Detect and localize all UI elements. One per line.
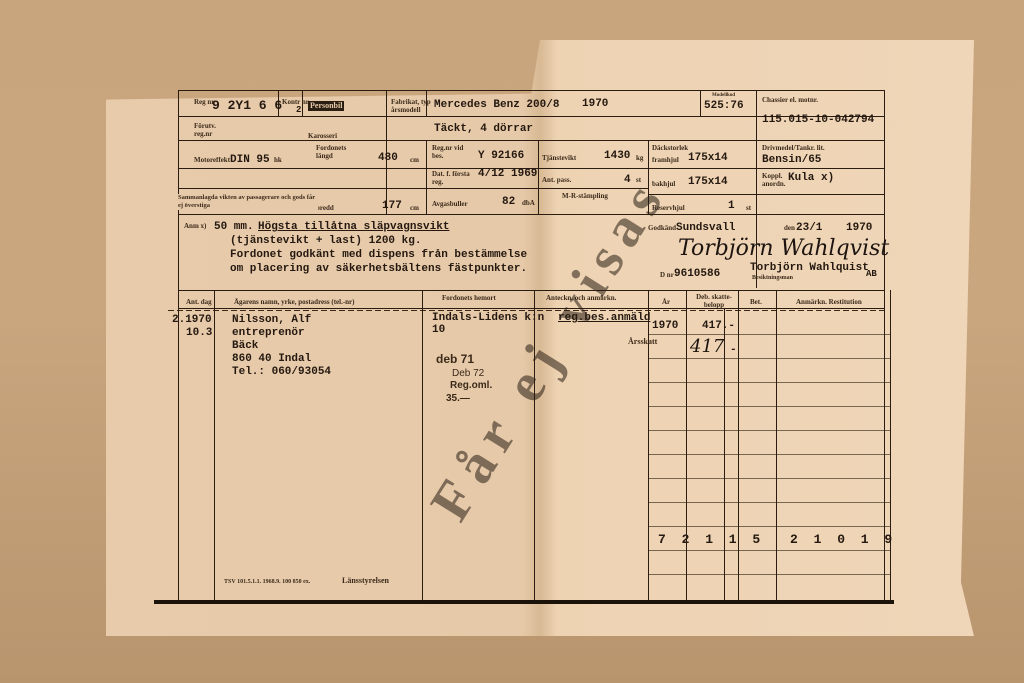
vehicle-type-badge: Personbil — [308, 101, 344, 111]
make: Mercedes Benz 200/8 — [434, 99, 559, 111]
remarks-line2: (tjänstevikt + last) 1200 kg. — [230, 235, 421, 247]
length: 480 — [378, 152, 398, 164]
bottom-code-right: 2 1 0 1 9 — [790, 534, 896, 546]
print-code: TSV 101.5.1.1. 1968.9. 100 850 ex. — [224, 578, 310, 586]
frame-bottom — [154, 600, 894, 604]
coupling: Kula x) — [788, 172, 834, 184]
approval-place: Sundsvall — [676, 222, 735, 234]
col-header-paid: Bet. — [750, 298, 762, 306]
service-weight-label: Tjänstevikt — [542, 154, 576, 162]
spare-count: 1 — [728, 200, 735, 212]
annual-tax-handwritten: 417 — [690, 336, 724, 357]
combined-weight-label: Sammanlagda vikten av passagerare och go… — [178, 194, 318, 210]
length-label: Fordonets längd — [316, 144, 356, 160]
fuel-label: Drivmedel/Tankr. lit. — [762, 144, 825, 152]
reg-oml-amount: 35.— — [446, 393, 470, 405]
tax-year: 1970 — [652, 320, 678, 332]
approval-date: 23/1 — [796, 222, 822, 234]
deb-71: deb 71 — [436, 352, 474, 366]
remarks-line4: om placering av säkerhetsbältens fästpun… — [230, 263, 527, 275]
rear-tyre: 175x14 — [688, 176, 728, 188]
first-reg-label: Dat. f. första reg. — [432, 170, 476, 186]
ownership-date: 2.1970 — [172, 314, 212, 326]
col-header-home: Fordonets hemort — [442, 294, 496, 302]
remarks-label: Anm x) — [184, 222, 206, 230]
mr-stamp-label: M-R-stämpling — [562, 192, 608, 200]
front-tyre: 175x14 — [688, 152, 728, 164]
reg-at-inspection-label: Reg.nr vid bes. — [432, 144, 472, 160]
width-label: bredd — [316, 204, 334, 212]
col-header-tax: Deb. skatte-belopp — [692, 293, 736, 309]
col-header-owner: Ägarens namn, yrke, postadress (tel.-nr) — [234, 298, 355, 306]
registration-form: Reg nr 9 2Y1 6 6 Kontr nr 2 Personbil Fa… — [178, 88, 894, 603]
owner-address2: 860 40 Indal — [232, 353, 311, 365]
frame-top — [178, 90, 884, 91]
owner-phone: Tel.: 060/93054 — [232, 366, 331, 378]
model-year: 1970 — [582, 98, 608, 110]
deb-72: Deb 72 — [452, 368, 484, 380]
approval-year: 1970 — [846, 222, 872, 234]
model-code: 525:76 — [704, 100, 744, 112]
d-nr: 9610586 — [674, 268, 720, 280]
diagonal-stamp: Får ej visas — [418, 165, 680, 532]
col-header-year: År — [662, 298, 670, 306]
frame-left — [178, 90, 179, 602]
inspector-name: Torbjörn Wahlquist — [750, 262, 869, 274]
chassis-label: Chassier el. motnr. — [762, 96, 818, 104]
bottom-code-left: 7 2 1 1 5 — [658, 534, 764, 546]
col-header-restitution: Anmärkn. Restitution — [796, 298, 862, 306]
coupling-label: Koppl. anordn. — [762, 172, 786, 188]
kontr-nr: 2 — [296, 104, 301, 116]
remarks-line1: Högsta tillåtna släpvagnsvikt — [258, 221, 449, 233]
col-header-date: Ant. dag — [186, 298, 212, 306]
body-type: Täckt, 4 dörrar — [434, 123, 533, 135]
owner-address1: Bäck — [232, 340, 258, 352]
owner-name: Nilsson, Alf — [232, 314, 311, 326]
noise-label: Avgasbuller — [432, 200, 468, 208]
first-reg-date: 4/12 1969 — [478, 168, 537, 180]
width: 177 — [382, 200, 402, 212]
passengers-label: Ant. pass. — [542, 176, 571, 184]
model-code-label: Modellkod — [712, 92, 735, 100]
inspector-signature: Torbjörn Wahlqvist — [678, 236, 889, 261]
power: DIN 95 — [230, 154, 270, 166]
reg-nr: 9 2Y1 6 6 — [212, 100, 282, 112]
reg-at-inspection: Y 92166 — [478, 150, 524, 162]
prev-reg-label: Förutv. reg.nr — [194, 122, 234, 138]
body-label: Karosseri — [308, 132, 337, 140]
chassis-number: 115.015-10-042794 — [762, 114, 874, 126]
noise: 82 — [502, 196, 515, 208]
issuer: Länsstyrelsen — [342, 577, 389, 585]
service-weight: 1430 — [604, 150, 630, 162]
owner-occupation: entreprenör — [232, 327, 305, 339]
power-label: Motoreffekt — [194, 156, 230, 164]
tyre-label: Däckstorlek — [652, 144, 688, 152]
fuel: Bensin/65 — [762, 154, 821, 166]
tax-amount: 417.- — [702, 320, 735, 332]
remarks-line3: Fordonet godkänt med dispens från bestäm… — [230, 249, 527, 261]
